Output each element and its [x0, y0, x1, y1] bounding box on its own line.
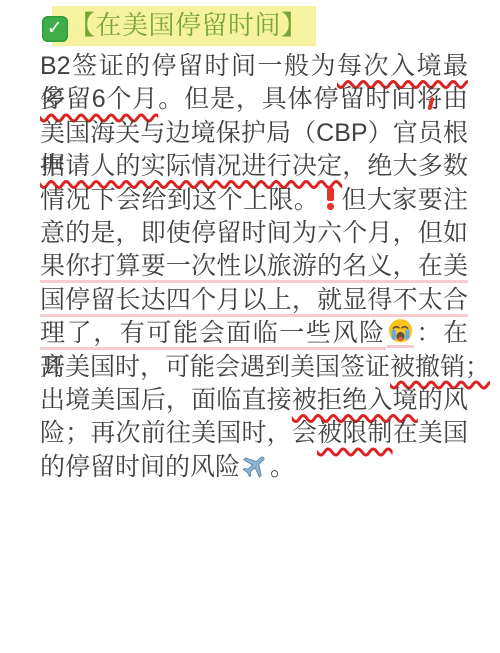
- text-line: 的停留时间的风险。: [40, 451, 468, 484]
- note-body: ✓【在美国停留时间】 B2签证的停留时间一般为每次入境最多停留6个月。但是，具体…: [40, 6, 468, 484]
- text-segment: 由: [443, 85, 468, 113]
- text-segment: 被撤销；: [390, 353, 490, 381]
- text-segment: 在美国: [393, 419, 468, 447]
- text-segment: B2签证的停留时间一般为: [40, 52, 337, 80]
- text-segment: 情况下会给到这个上限。: [40, 186, 319, 214]
- text-line: 情况下会给到这个上限。但大家要注: [40, 184, 468, 217]
- exclamation-emoji: [322, 184, 338, 211]
- text-segment: 。: [270, 453, 295, 481]
- text-segment: 果你打算要一次性以旅游的名义，在美: [40, 252, 468, 280]
- text-line: 申请人的实际情况进行决定，绝大多数: [40, 150, 468, 183]
- text-segment: 申请人的实际情况进行决定: [40, 152, 342, 180]
- text-segment: 被拒绝入境: [292, 386, 418, 414]
- text-line: 国停留长达四个月以上，就显得不太合: [40, 284, 468, 317]
- text-segment: 出境美国后，面临直接: [40, 386, 292, 414]
- text-line: 意的是，即使停留时间为六个月，但如: [40, 217, 468, 250]
- text-segment: 将: [417, 85, 443, 113]
- highlighted-title: ✓【在美国停留时间】: [52, 6, 316, 46]
- crying-face-emoji: [387, 318, 414, 345]
- text-line: 开美国时，可能会遇到美国签证被撤销；: [40, 351, 468, 384]
- text-segment: 停留6个月: [40, 85, 158, 113]
- text-line: 理了，有可能会面临一些风险：在离: [40, 317, 468, 350]
- note-title-row: ✓【在美国停留时间】: [52, 6, 468, 44]
- check-emoji: ✓: [42, 16, 68, 42]
- text-segment: 国停留长达四个月以上，就显得不太合: [40, 286, 468, 314]
- text-line: 停留6个月。但是，具体停留时间将由: [40, 83, 468, 116]
- text-segment: 意的是，即使停留时间为六个月，但如: [40, 219, 468, 247]
- airplane-emoji: [241, 452, 269, 480]
- title-text: 【在美国停留时间】: [69, 10, 308, 40]
- text-segment: 的停留时间的风险: [40, 453, 240, 481]
- text-segment: 。但是，具体停留时间: [158, 85, 417, 113]
- text-segment: 被限制: [317, 419, 393, 447]
- text-segment: 但大家要注: [341, 186, 468, 214]
- text-segment: 开美国时，可能会遇到美国签证: [40, 353, 390, 381]
- text-line: 险；再次前往美国时，会被限制在美国: [40, 417, 468, 450]
- text-line: B2签证的停留时间一般为每次入境最多: [40, 50, 468, 83]
- text-segment: 的风: [418, 386, 468, 414]
- text-line: 美国海关与边境保护局（CBP）官员根据: [40, 117, 468, 150]
- text-segment: ，绝大多数: [342, 152, 468, 180]
- paragraph: B2签证的停留时间一般为每次入境最多停留6个月。但是，具体停留时间将由美国海关与…: [40, 50, 468, 484]
- text-line: 果你打算要一次性以旅游的名义，在美: [40, 250, 468, 283]
- text-line: 出境美国后，面临直接被拒绝入境的风: [40, 384, 468, 417]
- text-segment: 理了，有可能会面临一些风险: [40, 319, 386, 347]
- text-segment: 险；再次前往美国时，会: [40, 419, 317, 447]
